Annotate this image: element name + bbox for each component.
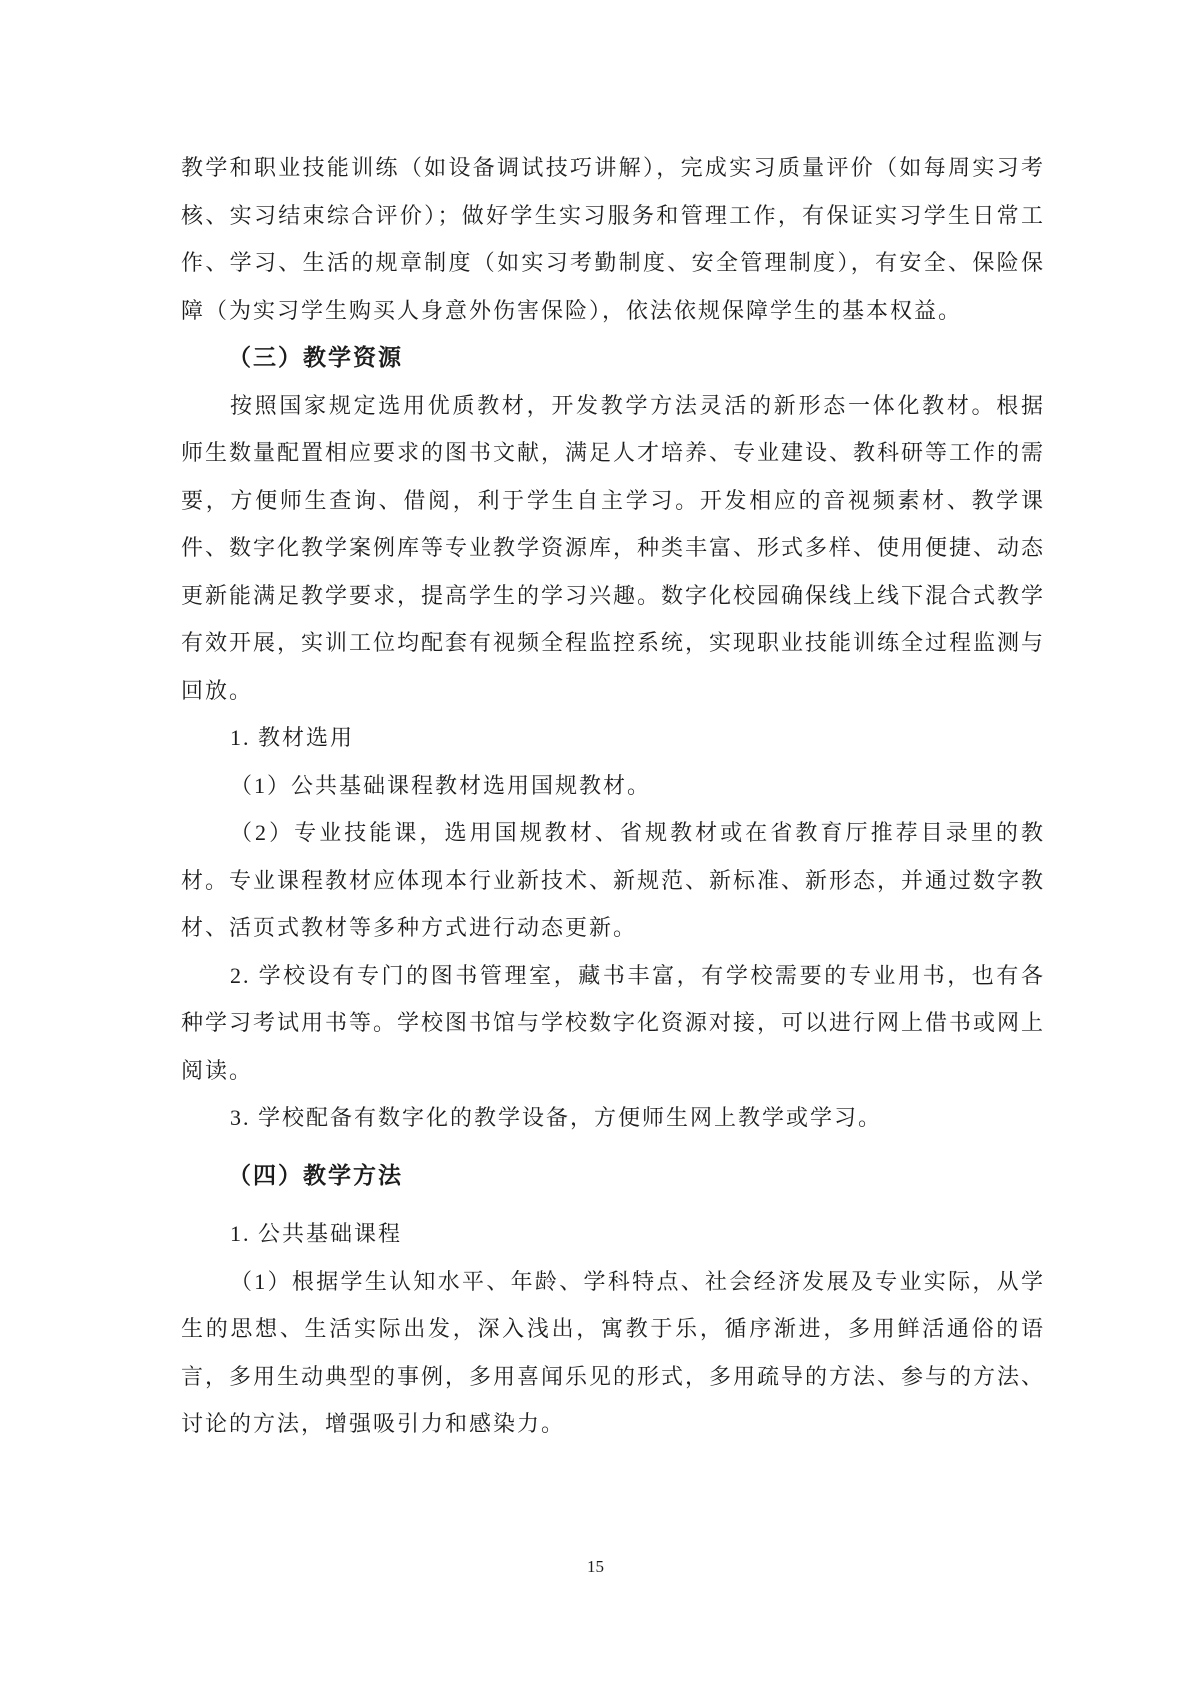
paragraph-item-1-1-public-basic-textbooks: （1）公共基础课程教材选用国规教材。: [181, 762, 1045, 810]
paragraph-item-1-textbook-selection: 1. 教材选用: [181, 714, 1045, 762]
paragraph-internship-guarantee: 教学和职业技能训练（如设备调试技巧讲解），完成实习质量评价（如每周实习考核、实习…: [181, 144, 1045, 334]
paragraph-item-1-public-basic-courses: 1. 公共基础课程: [181, 1210, 1045, 1258]
page-number: 15: [0, 1556, 1191, 1578]
heading-section-three-teaching-resources: （三）教学资源: [181, 334, 1045, 382]
document-page: 教学和职业技能训练（如设备调试技巧讲解），完成实习质量评价（如每周实习考核、实习…: [0, 0, 1191, 1684]
document-body: 教学和职业技能训练（如设备调试技巧讲解），完成实习质量评价（如每周实习考核、实习…: [181, 144, 1045, 1448]
paragraph-item-3-digital-equipment: 3. 学校配备有数字化的教学设备，方便师生网上教学或学习。: [181, 1094, 1045, 1142]
paragraph-item-2-library: 2. 学校设有专门的图书管理室，藏书丰富，有学校需要的专业用书，也有各种学习考试…: [181, 952, 1045, 1095]
heading-section-four-teaching-methods: （四）教学方法: [181, 1152, 1045, 1200]
paragraph-item-1-1-teaching-approach: （1）根据学生认知水平、年龄、学科特点、社会经济发展及专业实际，从学生的思想、生…: [181, 1258, 1045, 1448]
paragraph-item-1-2-professional-skill-textbooks: （2）专业技能课，选用国规教材、省规教材或在省教育厅推荐目录里的教材。专业课程教…: [181, 809, 1045, 952]
paragraph-teaching-resources-overview: 按照国家规定选用优质教材，开发教学方法灵活的新形态一体化教材。根据师生数量配置相…: [181, 382, 1045, 715]
